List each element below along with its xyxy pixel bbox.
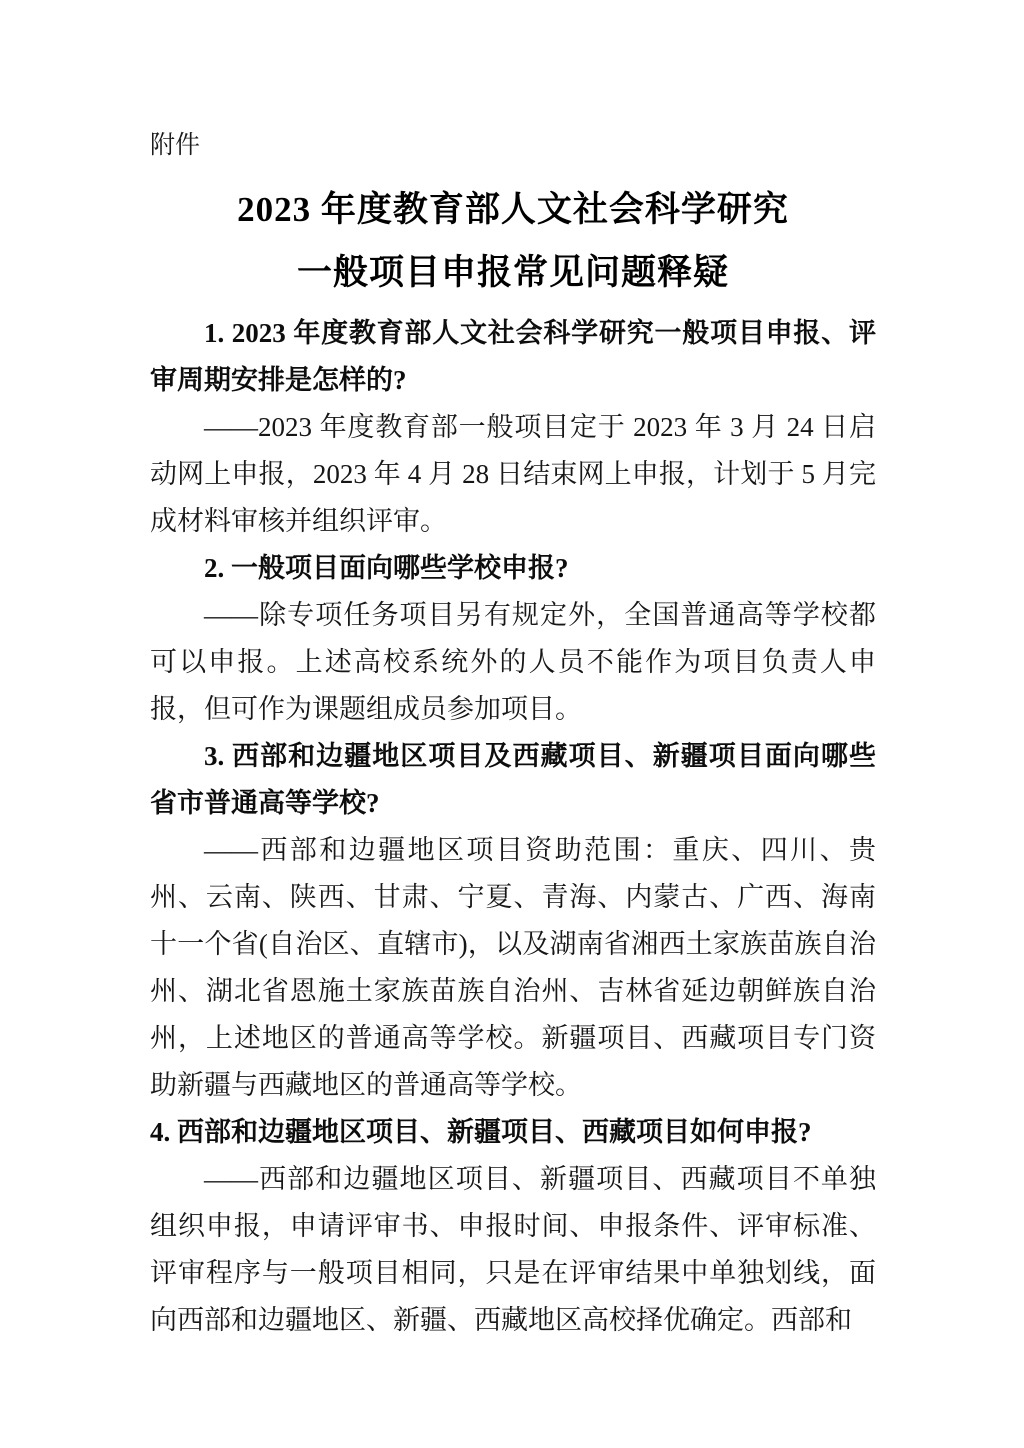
- document-title: 2023 年度教育部人文社会科学研究 一般项目申报常见问题释疑: [150, 178, 876, 304]
- question-3: 3. 西部和边疆地区项目及西藏项目、新疆项目面向哪些省市普通高等学校?: [150, 733, 876, 827]
- answer-1: ——2023 年度教育部一般项目定于 2023 年 3 月 24 日启动网上申报…: [150, 404, 876, 545]
- question-2: 2. 一般项目面向哪些学校申报?: [150, 545, 876, 592]
- question-4: 4. 西部和边疆地区项目、新疆项目、西藏项目如何申报?: [150, 1109, 876, 1156]
- answer-3: ——西部和边疆地区项目资助范围：重庆、四川、贵州、云南、陕西、甘肃、宁夏、青海、…: [150, 827, 876, 1109]
- attachment-label: 附件: [150, 128, 876, 162]
- document-page: 附件 2023 年度教育部人文社会科学研究 一般项目申报常见问题释疑 1. 20…: [0, 0, 1024, 1448]
- title-line-2: 一般项目申报常见问题释疑: [150, 241, 876, 304]
- answer-4: ——西部和边疆地区项目、新疆项目、西藏项目不单独组织申报，申请评审书、申报时间、…: [150, 1156, 876, 1344]
- question-1: 1. 2023 年度教育部人文社会科学研究一般项目申报、评审周期安排是怎样的?: [150, 310, 876, 404]
- answer-2: ——除专项任务项目另有规定外，全国普通高等学校都可以申报。上述高校系统外的人员不…: [150, 592, 876, 733]
- faq-body: 1. 2023 年度教育部人文社会科学研究一般项目申报、评审周期安排是怎样的? …: [150, 310, 876, 1344]
- title-line-1: 2023 年度教育部人文社会科学研究: [150, 178, 876, 241]
